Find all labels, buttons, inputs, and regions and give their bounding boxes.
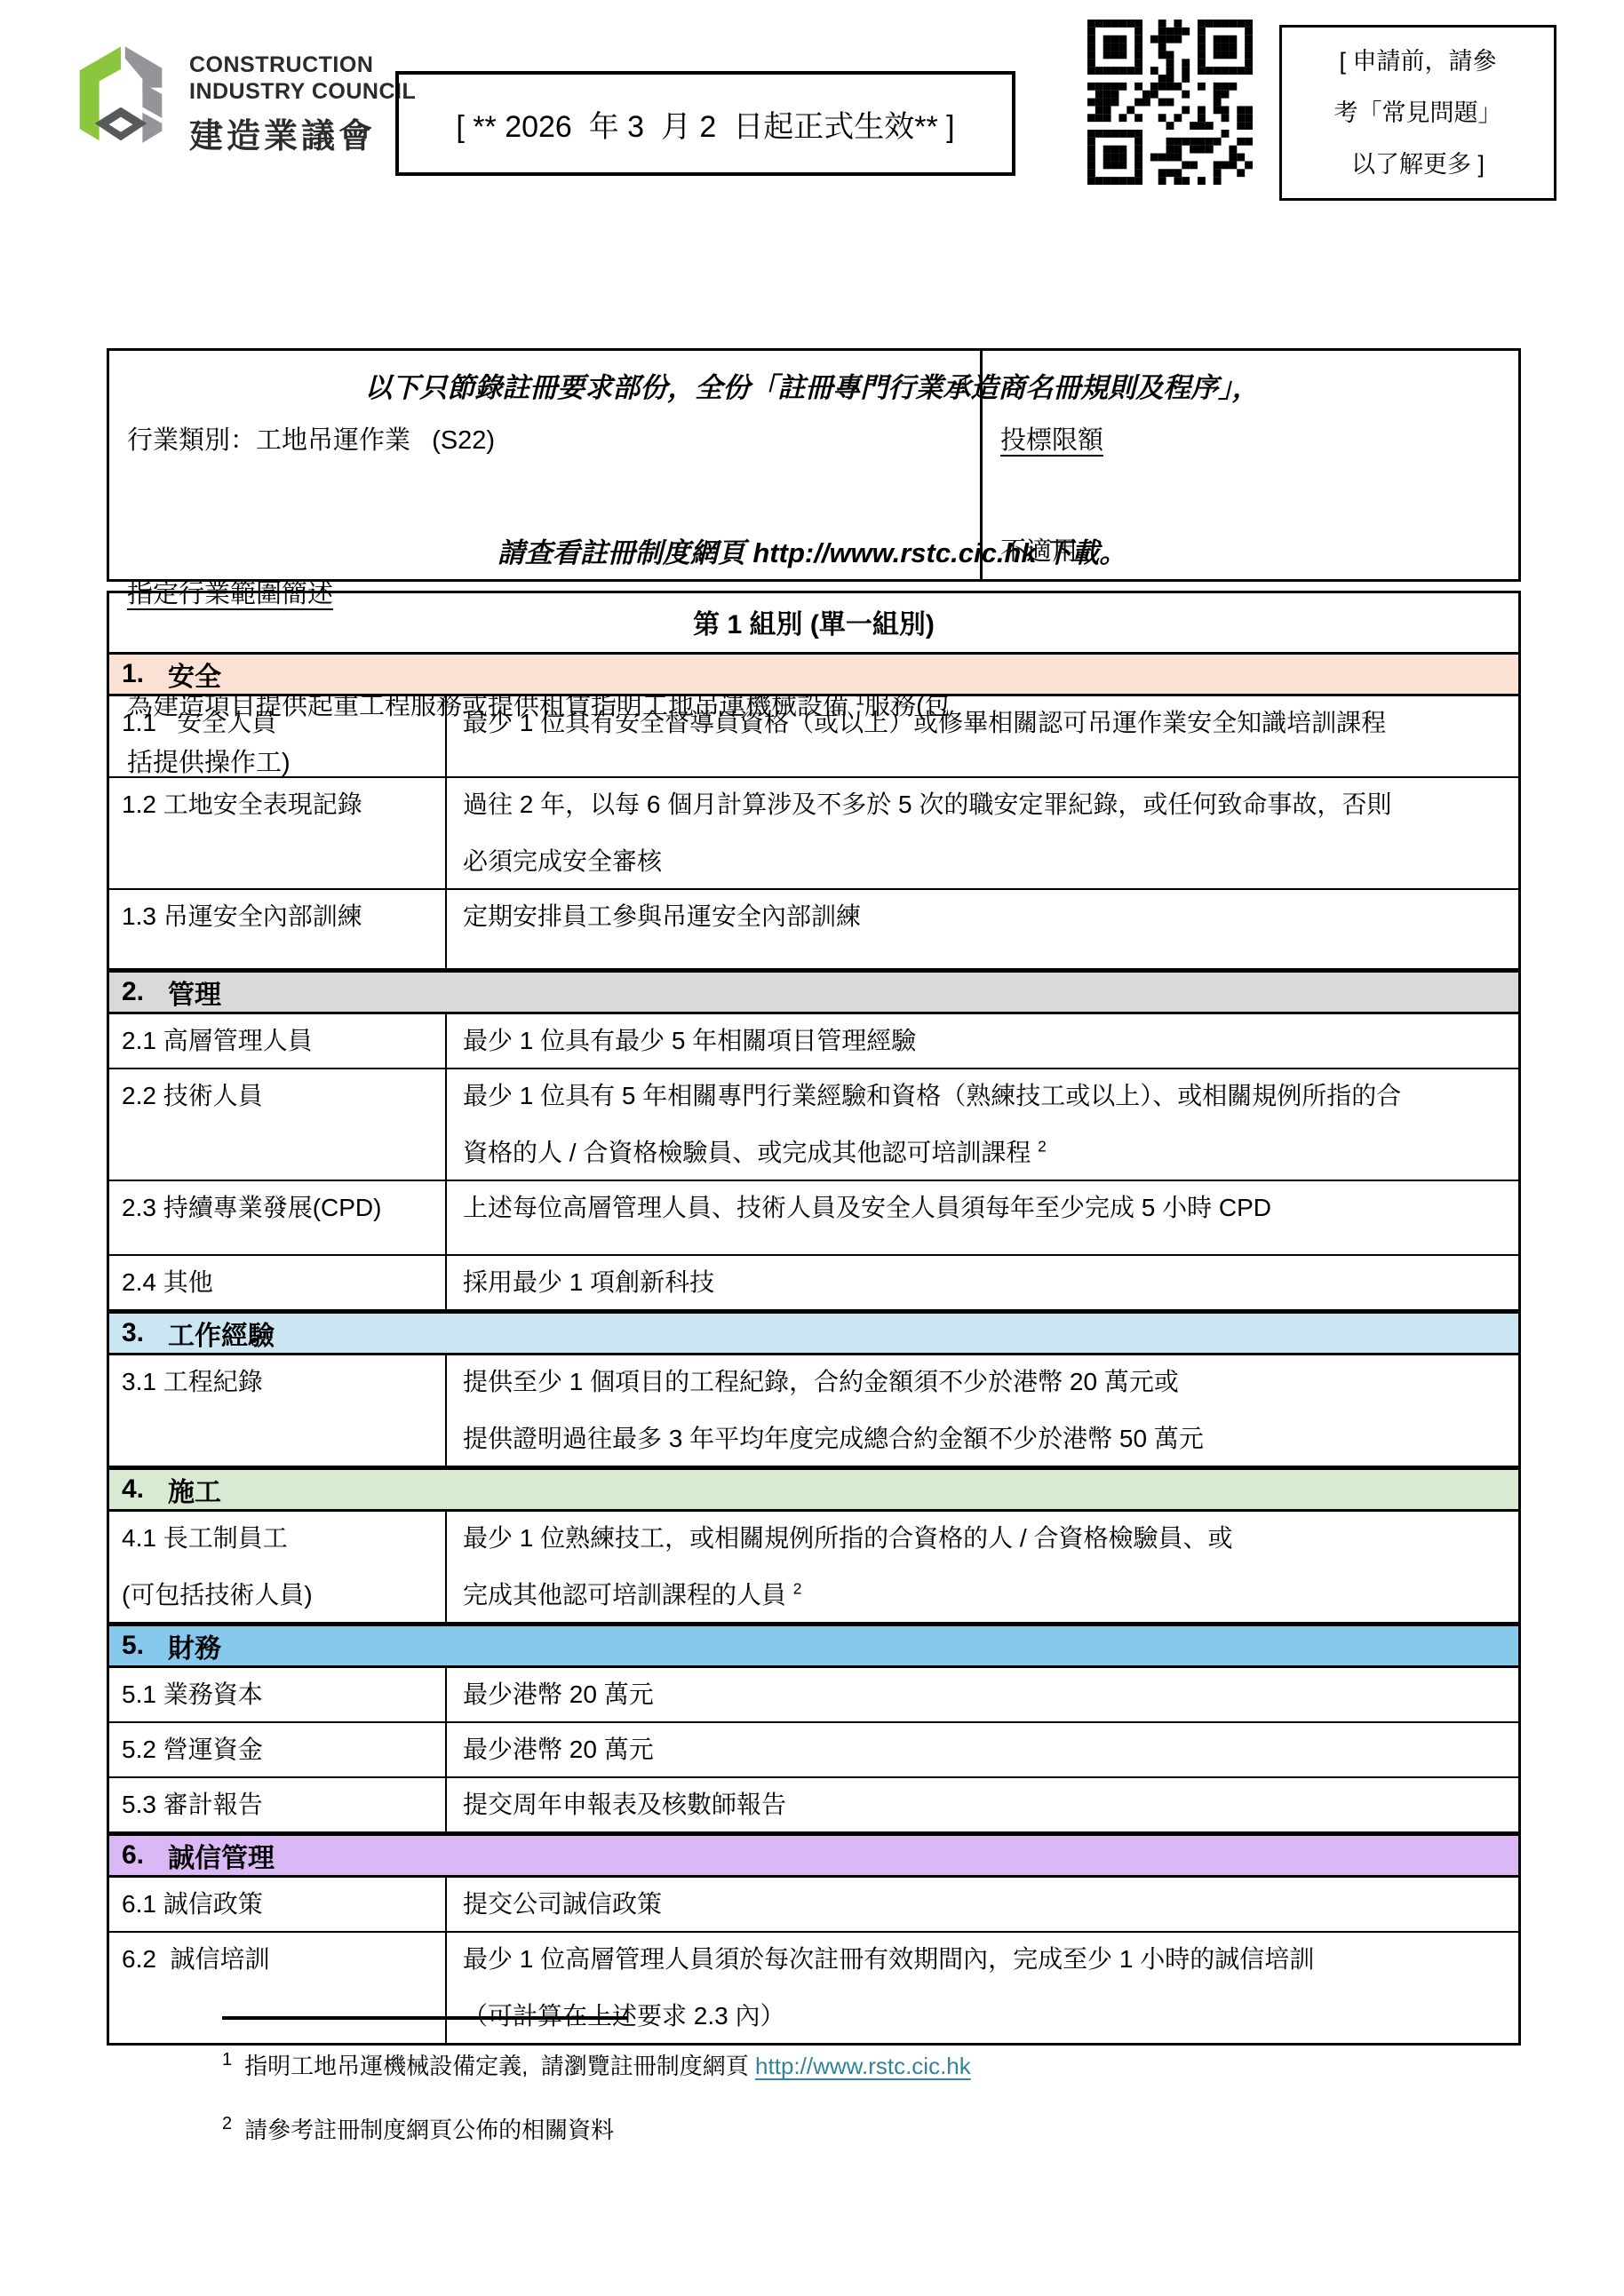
row-requirement-cell: 最少 1 位具有安全督導員資格（或以上）或修畢相關認可吊運作業安全知識培訓課程	[445, 696, 1518, 776]
row-label-line: 6.1 誠信政策	[122, 1887, 438, 1922]
footnote-2: 2請參考註冊制度網頁公佈的相關資料	[222, 2112, 614, 2145]
qr-code-image	[1087, 20, 1253, 185]
requirement-line: 最少 1 位具有安全督導員資格（或以上）或修畢相關認可吊運作業安全知識培訓課程	[463, 705, 1509, 741]
footnote-1: 1指明工地吊運機械設備定義, 請瀏覽註冊制度網頁 http://www.rstc…	[222, 2048, 971, 2081]
row-requirement-cell: 上述每位高層管理人員、技術人員及安全人員須每年至少完成 5 小時 CPD	[445, 1181, 1518, 1254]
requirements-table: 第 1 組別 (單一組別) 1.安全1.1 安全人員最少 1 位具有安全督導員資…	[107, 591, 1521, 2046]
table-row: 3.1 工程紀錄提供至少 1 個項目的工程紀錄，合約金額須不少於港幣 20 萬元…	[109, 1355, 1518, 1467]
section-number: 5.	[109, 1631, 168, 1661]
footnote-1-link[interactable]: http://www.rstc.cic.hk	[755, 2053, 971, 2079]
section-number: 1.	[109, 659, 168, 689]
requirement-line: 最少港幣 20 萬元	[463, 1732, 1509, 1768]
section-number: 2.	[109, 977, 168, 1007]
cic-logo-mark	[67, 44, 175, 163]
row-label-line: 2.1 高層管理人員	[122, 1023, 438, 1059]
section-number: 6.	[109, 1840, 168, 1871]
requirement-line: 上述每位高層管理人員、技術人員及安全人員須每年至少完成 5 小時 CPD	[463, 1190, 1509, 1226]
row-label-cell: 5.1 業務資本	[109, 1668, 445, 1721]
page: CONSTRUCTION INDUSTRY COUNCIL 建造業議會 [ **…	[0, 0, 1624, 2296]
footnote-ref: 2	[1038, 1138, 1047, 1156]
section-header-1: 1.安全	[109, 652, 1518, 696]
row-requirement-cell: 最少 1 位具有 5 年相關專門行業經驗和資格（熟練技工或以上）、或相關規例所指…	[445, 1069, 1518, 1180]
requirement-line: 定期安排員工參與吊運安全內部訓練	[463, 899, 1509, 934]
row-label-line: 1.2 工地安全表現記錄	[122, 787, 438, 822]
table-row: 4.1 長工制員工(可包括技術人員)最少 1 位熟練技工，或相關規例所指的合資格…	[109, 1512, 1518, 1624]
table-row: 2.2 技術人員最少 1 位具有 5 年相關專門行業經驗和資格（熟練技工或以上）…	[109, 1069, 1518, 1181]
section-title: 安全	[168, 655, 221, 694]
row-label-line: 1.1 安全人員	[122, 705, 438, 741]
table-row: 2.1 高層管理人員最少 1 位具有最少 5 年相關項目管理經驗	[109, 1014, 1518, 1069]
row-label-line: 4.1 長工制員工	[122, 1521, 438, 1556]
requirement-line: 提供證明過往最多 3 年平均年度完成總合約金額不少於港幣 50 萬元	[463, 1421, 1509, 1457]
trade-category-cell: 行業類別：工地吊運作業 (S22) 指定行業範圍簡述 為建造項目提供起重工程服務…	[109, 351, 980, 579]
group-title: 第 1 組別 (單一組別)	[109, 593, 1518, 652]
row-label-line: 2.3 持續專業發展(CPD)	[122, 1190, 438, 1226]
row-label-line: 3.1 工程紀錄	[122, 1364, 438, 1400]
row-requirement-cell: 最少 1 位具有最少 5 年相關項目管理經驗	[445, 1014, 1518, 1068]
requirement-line: 採用最少 1 項創新科技	[463, 1265, 1509, 1300]
tender-limit-cell: 投標限額 不適用	[980, 351, 1518, 579]
table-row: 2.4 其他採用最少 1 項創新科技	[109, 1256, 1518, 1311]
footnote-2-marker: 2	[222, 2114, 232, 2133]
logo-text-cn: 建造業議會	[189, 108, 416, 157]
section-header-3: 3.工作經驗	[109, 1311, 1518, 1355]
faq-line-3: 以了解更多 ]	[1351, 139, 1485, 190]
qr-code	[1087, 20, 1253, 185]
tender-limit-value: 不適用	[1000, 531, 1501, 568]
row-label-cell: 2.2 技術人員	[109, 1069, 445, 1180]
faq-note-box: [ 申請前，請參 考「常見問題」 以了解更多 ]	[1279, 25, 1556, 201]
table-row: 1.1 安全人員最少 1 位具有安全督導員資格（或以上）或修畢相關認可吊運作業安…	[109, 696, 1518, 778]
table-row: 5.2 營運資金最少港幣 20 萬元	[109, 1723, 1518, 1778]
requirement-line: 過往 2 年，以每 6 個月計算涉及不多於 5 次的職安定罪紀錄，或任何致命事故…	[463, 787, 1509, 822]
requirement-line: 最少 1 位熟練技工，或相關規例所指的合資格的人 / 合資格檢驗員、或	[463, 1521, 1509, 1556]
requirement-line: 最少 1 位具有 5 年相關專門行業經驗和資格（熟練技工或以上）、或相關規例所指…	[463, 1078, 1509, 1114]
section-header-5: 5.財務	[109, 1624, 1518, 1668]
row-requirement-cell: 最少港幣 20 萬元	[445, 1668, 1518, 1721]
row-label-cell: 5.3 審計報告	[109, 1778, 445, 1831]
row-requirement-cell: 最少 1 位高層管理人員須於每次註冊有效期間內，完成至少 1 小時的誠信培訓（可…	[445, 1933, 1518, 2043]
trade-info-table: 行業類別：工地吊運作業 (S22) 指定行業範圍簡述 為建造項目提供起重工程服務…	[107, 348, 1521, 582]
table-row: 1.2 工地安全表現記錄過往 2 年，以每 6 個月計算涉及不多於 5 次的職安…	[109, 778, 1518, 890]
row-label-cell: 1.1 安全人員	[109, 696, 445, 776]
requirement-line: 提交公司誠信政策	[463, 1887, 1509, 1922]
row-label-line: 5.1 業務資本	[122, 1677, 438, 1712]
requirement-line: 必須完成安全審核	[463, 844, 1509, 879]
table-row: 6.2 誠信培訓最少 1 位高層管理人員須於每次註冊有效期間內，完成至少 1 小…	[109, 1933, 1518, 2043]
section-header-2: 2.管理	[109, 970, 1518, 1014]
row-label-cell: 5.2 營運資金	[109, 1723, 445, 1776]
footnote-2-text: 請參考註冊制度網頁公佈的相關資料	[244, 2117, 614, 2143]
row-label-cell: 3.1 工程紀錄	[109, 1355, 445, 1466]
faq-line-1: [ 申請前，請參	[1339, 36, 1496, 87]
row-requirement-cell: 採用最少 1 項創新科技	[445, 1256, 1518, 1309]
section-title: 工作經驗	[168, 1314, 275, 1353]
effective-date-box: [ ** 2026 年 3 月 2 日起正式生效** ]	[395, 71, 1015, 176]
section-header-4: 4.施工	[109, 1467, 1518, 1512]
row-label-cell: 1.3 吊運安全內部訓練	[109, 890, 445, 968]
row-label-cell: 6.1 誠信政策	[109, 1878, 445, 1931]
section-title: 管理	[168, 973, 221, 1012]
row-label-cell: 2.4 其他	[109, 1256, 445, 1309]
row-label-cell: 6.2 誠信培訓	[109, 1933, 445, 2043]
requirement-line: 最少港幣 20 萬元	[463, 1677, 1509, 1712]
footnote-separator	[222, 2016, 627, 2020]
row-label-cell: 2.1 高層管理人員	[109, 1014, 445, 1068]
cic-logo: CONSTRUCTION INDUSTRY COUNCIL 建造業議會	[67, 44, 416, 163]
row-requirement-cell: 最少港幣 20 萬元	[445, 1723, 1518, 1776]
row-label-line: 5.2 營運資金	[122, 1732, 438, 1768]
table-row: 6.1 誠信政策提交公司誠信政策	[109, 1878, 1518, 1933]
requirement-line: 提交周年申報表及核數師報告	[463, 1787, 1509, 1823]
section-header-6: 6.誠信管理	[109, 1833, 1518, 1878]
logo-text: CONSTRUCTION INDUSTRY COUNCIL 建造業議會	[189, 52, 416, 157]
requirement-line: 最少 1 位高層管理人員須於每次註冊有效期間內，完成至少 1 小時的誠信培訓	[463, 1942, 1509, 1977]
requirement-line: 最少 1 位具有最少 5 年相關項目管理經驗	[463, 1023, 1509, 1059]
section-title: 誠信管理	[168, 1836, 275, 1875]
row-requirement-cell: 過往 2 年，以每 6 個月計算涉及不多於 5 次的職安定罪紀錄，或任何致命事故…	[445, 778, 1518, 888]
logo-text-en-2: INDUSTRY COUNCIL	[189, 78, 416, 105]
table-row: 5.3 審計報告提交周年申報表及核數師報告	[109, 1778, 1518, 1833]
table-row: 1.3 吊運安全內部訓練定期安排員工參與吊運安全內部訓練	[109, 890, 1518, 970]
row-label-line: 6.2 誠信培訓	[122, 1942, 438, 1977]
requirement-line: 資格的人 / 合資格檢驗員、或完成其他認可培訓課程 2	[463, 1135, 1509, 1171]
row-label-line: 1.3 吊運安全內部訓練	[122, 899, 438, 934]
footnote-1-marker: 1	[222, 2050, 232, 2070]
footnote-ref: 2	[793, 1580, 802, 1598]
row-label-line: 2.4 其他	[122, 1265, 438, 1300]
section-number: 4.	[109, 1474, 168, 1505]
row-requirement-cell: 提交公司誠信政策	[445, 1878, 1518, 1931]
row-label-cell: 2.3 持續專業發展(CPD)	[109, 1181, 445, 1254]
section-title: 施工	[168, 1470, 221, 1509]
logo-text-en-1: CONSTRUCTION	[189, 52, 416, 78]
requirement-line: 完成其他認可培訓課程的人員 2	[463, 1577, 1509, 1613]
row-requirement-cell: 提供至少 1 個項目的工程紀錄，合約金額須不少於港幣 20 萬元或提供證明過往最…	[445, 1355, 1518, 1466]
row-requirement-cell: 提交周年申報表及核數師報告	[445, 1778, 1518, 1831]
row-requirement-cell: 定期安排員工參與吊運安全內部訓練	[445, 890, 1518, 968]
trade-category-label: 行業類別：工地吊運作業 (S22)	[127, 420, 962, 457]
row-label-line: 2.2 技術人員	[122, 1078, 438, 1114]
faq-line-2: 考「常見問題」	[1334, 87, 1502, 139]
requirement-line: 提供至少 1 個項目的工程紀錄，合約金額須不少於港幣 20 萬元或	[463, 1364, 1509, 1400]
row-label-line: (可包括技術人員)	[122, 1577, 438, 1613]
row-label-cell: 4.1 長工制員工(可包括技術人員)	[109, 1512, 445, 1622]
row-requirement-cell: 最少 1 位熟練技工，或相關規例所指的合資格的人 / 合資格檢驗員、或完成其他認…	[445, 1512, 1518, 1622]
section-title: 財務	[168, 1626, 221, 1665]
row-label-line: 5.3 審計報告	[122, 1787, 438, 1823]
requirements-table-body: 1.安全1.1 安全人員最少 1 位具有安全督導員資格（或以上）或修畢相關認可吊…	[109, 652, 1518, 2043]
footnote-1-text: 指明工地吊運機械設備定義, 請瀏覽註冊制度網頁	[244, 2053, 755, 2079]
section-number: 3.	[109, 1318, 168, 1348]
row-label-cell: 1.2 工地安全表現記錄	[109, 778, 445, 888]
table-row: 2.3 持續專業發展(CPD)上述每位高層管理人員、技術人員及安全人員須每年至少…	[109, 1181, 1518, 1256]
table-row: 5.1 業務資本最少港幣 20 萬元	[109, 1668, 1518, 1723]
tender-limit-label: 投標限額	[1000, 420, 1501, 457]
